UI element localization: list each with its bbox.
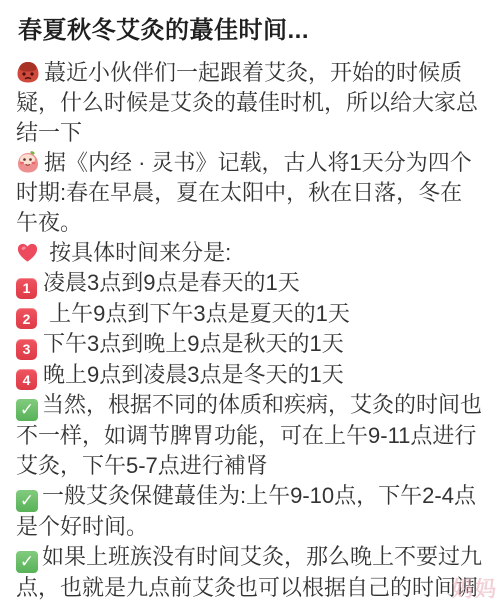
intro-paragraph-1: 蕞近小伙伴们一起跟着艾灸，开始的时候质疑，什么时候是艾灸的蕞佳时机，所以给大家总…	[16, 58, 484, 148]
check-item-3-text: 如果上班族没有时间艾灸，那么晚上不要过九点，也就是九点前艾灸也可以根据自己的时间…	[16, 544, 482, 600]
red-angry-face-emoji	[16, 60, 40, 84]
numbered-item-2-text: 上午9点到下午3点是夏天的1天	[49, 301, 350, 326]
numbered-item-3: 3下午3点到晚上9点是秋天的1天	[16, 329, 484, 360]
green-check-square-icon: ✓	[16, 551, 38, 573]
check-item-1: ✓当然，根据不同的体质和疾病，艾灸的时间也不一样，如调节脾胃功能，可在上午9-1…	[16, 390, 484, 481]
check-item-2-text: 一般艾灸保健蕞佳为:上午9-10点，下午2-4点是个好时间。	[16, 483, 476, 539]
numbered-item-4-text: 晚上9点到凌晨3点是冬天的1天	[43, 362, 344, 387]
pink-heart-emoji	[16, 241, 39, 264]
heart-line: 按具体时间来分是:	[16, 238, 484, 268]
post-body: 春夏秋冬艾灸的蕞佳时间... 蕞近小伙伴们一起跟着艾灸，开始的时候质疑，什么时候…	[0, 0, 500, 603]
green-check-square-icon: ✓	[16, 490, 38, 512]
numbered-item-3-text: 下午3点到晚上9点是秋天的1天	[43, 331, 344, 356]
post-title: 春夏秋冬艾灸的蕞佳时间...	[18, 10, 484, 45]
red-number-square-icon: 2	[16, 308, 37, 329]
numbered-item-4: 4晚上9点到凌晨3点是冬天的1天	[16, 360, 484, 391]
check-item-2: ✓一般艾灸保健蕞佳为:上午9-10点，下午2-4点是个好时间。	[16, 481, 484, 542]
numbered-item-2: 2 上午9点到下午3点是夏天的1天	[16, 299, 484, 330]
pink-blush-face-emoji	[16, 150, 40, 174]
red-number-square-icon: 4	[16, 369, 37, 390]
numbered-item-1: 1凌晨3点到9点是春天的1天	[16, 268, 484, 299]
red-number-square-icon: 1	[16, 278, 37, 299]
intro-paragraph-1-text: 蕞近小伙伴们一起跟着艾灸，开始的时候质疑，什么时候是艾灸的蕞佳时机，所以给大家总…	[16, 60, 478, 145]
intro-paragraph-2-text: 据《内经 · 灵书》记载，古人将1天分为四个时期:春在早晨，夏在太阳中，秋在日落…	[16, 150, 472, 235]
numbered-item-1-text: 凌晨3点到9点是春天的1天	[43, 270, 300, 295]
check-item-3: ✓如果上班族没有时间艾灸，那么晚上不要过九点，也就是九点前艾灸也可以根据自己的时…	[16, 542, 484, 603]
check-item-1-text: 当然，根据不同的体质和疾病，艾灸的时间也不一样，如调节脾胃功能，可在上午9-11…	[16, 392, 482, 478]
intro-paragraph-2: 据《内经 · 灵书》记载，古人将1天分为四个时期:春在早晨，夏在太阳中，秋在日落…	[16, 148, 484, 238]
red-number-square-icon: 3	[16, 339, 37, 360]
heart-line-text: 按具体时间来分是:	[49, 240, 231, 265]
green-check-square-icon: ✓	[16, 399, 38, 421]
